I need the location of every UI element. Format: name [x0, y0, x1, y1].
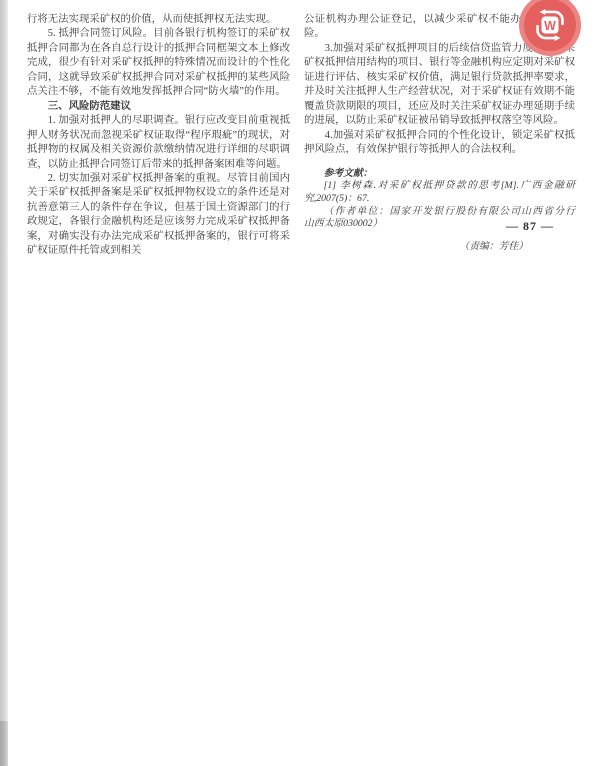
wps-w-icon: W: [533, 8, 567, 42]
paragraph-continuation: 行将无法实现采矿权的价值，从而使抵押权无法实现。: [27, 13, 290, 27]
editor-credit: （责编：芳佳）: [304, 241, 575, 254]
paragraph-item-4: 4.加强对采矿权抵押合同的个性化设计，锁定采矿权抵押风险点，有效保护银行等抵押人…: [304, 129, 575, 158]
document-page: 行将无法实现采矿权的价值，从而使抵押权无法实现。 5. 抵押合同签订风险。目前各…: [0, 0, 598, 766]
paragraph-item-5: 5. 抵押合同签订风险。目前各银行机构签订的采矿权抵押合同都为在各自总行设计的抵…: [27, 27, 290, 99]
svg-text:W: W: [544, 19, 556, 33]
page-edge-strip-dark-segment: [0, 721, 8, 766]
page-number: — 87 —: [506, 219, 554, 234]
reference-item: [1] 李树森.对采矿权抵押贷款的思考[M].广西金融研究,2007(5)：67…: [304, 180, 575, 205]
paragraph-item-3: 3.加强对采矿权抵押项目的后续信贷监管力度。对于采矿权抵押信用结构的项目、银行等…: [304, 42, 575, 129]
left-column: 行将无法实现采矿权的价值，从而使抵押权无法实现。 5. 抵押合同签订风险。目前各…: [27, 13, 290, 259]
paragraph-item-2: 2. 切实加强对采矿权抵押备案的重视。尽管目前国内关于采矿权抵押备案是采矿权抵押…: [27, 172, 290, 259]
references-section: 参考文献： [1] 李树森.对采矿权抵押贷款的思考[M].广西金融研究,2007…: [304, 168, 575, 254]
paragraph-item-1: 1. 加强对抵押人的尽职调查。银行应改变目前重视抵押人财务状况而忽视采矿权证取得…: [27, 114, 290, 172]
section-heading: 三、风险防范建议: [27, 100, 290, 114]
references-heading: 参考文献：: [304, 168, 575, 181]
page-edge-strip: [0, 0, 8, 766]
